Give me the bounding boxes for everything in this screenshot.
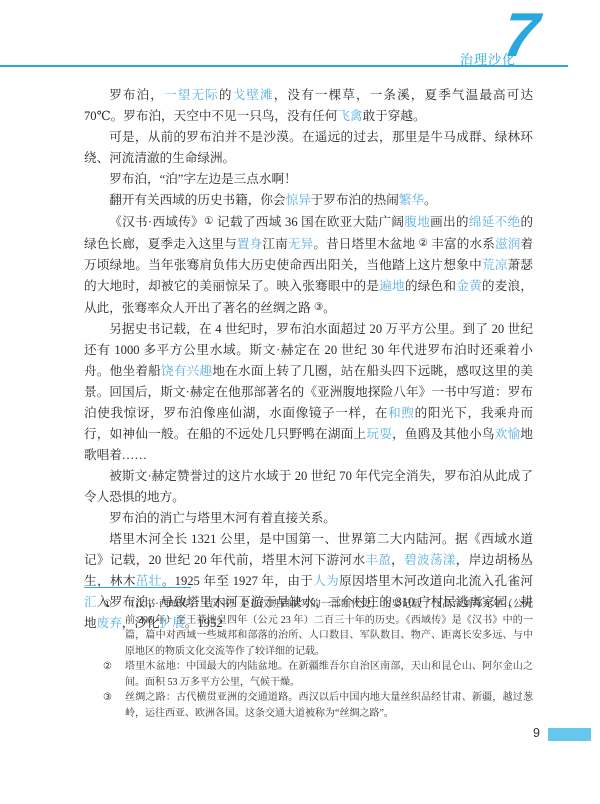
highlighted-term: 饶有兴趣 (161, 364, 212, 378)
text-run: 的绿色和 (405, 279, 456, 293)
highlighted-term: 和煦 (388, 406, 414, 420)
text-run: 罗布泊的消亡与塔里木河有着直接关系。 (109, 511, 336, 525)
highlighted-term: 丰盈 (365, 553, 391, 567)
text-run: 。 (323, 301, 336, 315)
text-run: 可是，从前的罗布泊并不是沙漠。在遥远的过去，那里是牛马成群、绿林环绕、河流清澈的… (84, 130, 533, 165)
highlighted-term: 荒凉 (482, 258, 508, 272)
text-run: 的 (219, 88, 233, 102)
text-run: 。昔日塔里木盆地 (313, 237, 418, 251)
text-run: 记载了西域 36 国在欧亚大陆广阔 (214, 215, 405, 229)
text-run: 敢于穿越。 (363, 109, 426, 123)
highlighted-term: 飞禽 (337, 109, 362, 123)
highlighted-term: 金黄 (456, 279, 482, 293)
highlighted-term: 置身 (237, 237, 262, 251)
highlighted-term: 碧波荡漾 (404, 553, 456, 567)
footnote-item: ①《汉书·西域传》：《汉书》是东汉班固撰写的一部断代史，主要记载了汉高帝刘邦元年… (103, 597, 533, 659)
paragraph: 《汉书·西域传》① 记载了西域 36 国在欧亚大陆广阔腹地画出的绵延不绝的绿色长… (84, 211, 533, 319)
highlighted-term: 滋润 (495, 237, 520, 251)
highlighted-term: 一望无际 (164, 88, 219, 102)
text-run: 翻开有关西域的历史书籍，你会 (109, 193, 285, 207)
highlighted-term: 戈壁滩 (233, 88, 274, 102)
paragraph: 罗布泊，一望无际的戈壁滩，没有一棵草，一条溪，夏季气温最高可达 70℃。罗布泊，… (84, 85, 533, 127)
text-run: 罗布泊， (109, 88, 164, 102)
paragraph: 翻开有关西域的历史书籍，你会惊异于罗布泊的热闹繁华。 (84, 190, 533, 211)
article-body: 罗布泊，一望无际的戈壁滩，没有一棵草，一条溪，夏季气温最高可达 70℃。罗布泊，… (84, 85, 533, 634)
highlighted-term: 腹地 (404, 215, 430, 229)
textbook-page: 治理沙化 7 罗布泊，一望无际的戈壁滩，没有一棵草，一条溪，夏季气温最高可达 7… (0, 0, 600, 804)
highlighted-term: 汇 (84, 595, 97, 609)
highlighted-term: 惊异 (286, 193, 311, 207)
text-run: 被斯文·赫定赞誉过的这片水域于 20 世纪 70 年代完全消失，罗布泊从此成了令… (84, 469, 533, 504)
highlighted-term: 人为 (313, 574, 339, 588)
paragraph: 被斯文·赫定赞誉过的这片水域于 20 世纪 70 年代完全消失，罗布泊从此成了令… (84, 466, 533, 508)
paragraph: 罗布泊，“泊”字左边是三点水啊！ (84, 169, 533, 190)
footnote-separator (84, 587, 191, 588)
footnote-marker: ③ (314, 302, 323, 313)
text-run: 。 (424, 193, 437, 207)
highlighted-term: 茁壮 (136, 574, 162, 588)
footnote-number: ① (103, 597, 125, 659)
paragraph: 另据史书记载，在 4 世纪时，罗布泊水面超过 20 万平方公里。到了 20 世纪… (84, 319, 533, 466)
footnote-marker: ① (204, 216, 214, 227)
text-run: ， (391, 553, 404, 567)
footnote-number: ③ (103, 690, 125, 721)
highlighted-term: 玩耍 (366, 427, 392, 441)
footnote-number: ② (103, 659, 125, 690)
footnotes-list: ①《汉书·西域传》：《汉书》是东汉班固撰写的一部断代史，主要记载了汉高帝刘邦元年… (103, 597, 533, 721)
text-run: 丰富的水系 (428, 237, 495, 251)
footnote-item: ③丝绸之路：古代横贯亚洲的交通道路。西汉以后中国内地大量丝织品经甘肃、新疆，越过… (103, 690, 533, 721)
text-run: 画出的 (430, 215, 469, 229)
chapter-number: 7 (501, 4, 578, 68)
highlighted-term: 绵延不绝 (469, 215, 521, 229)
text-run: ，鱼鸥及其他小鸟 (392, 427, 495, 441)
highlighted-term: 无异 (288, 237, 313, 251)
paragraph: 罗布泊的消亡与塔里木河有着直接关系。 (84, 508, 533, 529)
footer-accent-bar (548, 728, 591, 741)
text-run: 原因塔里木河改道向北流入孔雀河 (339, 574, 533, 588)
footnote-item: ②塔里木盆地：中国最大的内陆盆地。在新疆维吾尔自治区南部，天山和昆仑山、阿尔金山… (103, 659, 533, 690)
highlighted-term: 欢愉 (495, 427, 521, 441)
footnote-marker: ② (419, 238, 428, 249)
footnote-text: 丝绸之路：古代横贯亚洲的交通道路。西汉以后中国内地大量丝织品经甘肃、新疆，越过葱… (125, 690, 533, 721)
text-run: 江南 (262, 237, 287, 251)
text-run: 罗布泊，“泊”字左边是三点水啊！ (109, 172, 297, 186)
paragraph: 可是，从前的罗布泊并不是沙漠。在遥远的过去，那里是牛马成群、绿林环绕、河流清澈的… (84, 127, 533, 169)
footnote-text: 塔里木盆地：中国最大的内陆盆地。在新疆维吾尔自治区南部，天山和昆仑山、阿尔金山之… (125, 659, 533, 690)
text-run: 《汉书·西域传》 (109, 215, 204, 229)
text-run: 。1925 年至 1927 年，由于 (162, 574, 314, 588)
text-run: 于罗布泊的热闹 (311, 193, 399, 207)
page-number: 9 (533, 726, 540, 740)
highlighted-term: 遍地 (379, 279, 405, 293)
highlighted-term: 繁华 (399, 193, 424, 207)
footnote-text: 《汉书·西域传》：《汉书》是东汉班固撰写的一部断代史，主要记载了汉高帝刘邦元年（… (125, 597, 533, 659)
